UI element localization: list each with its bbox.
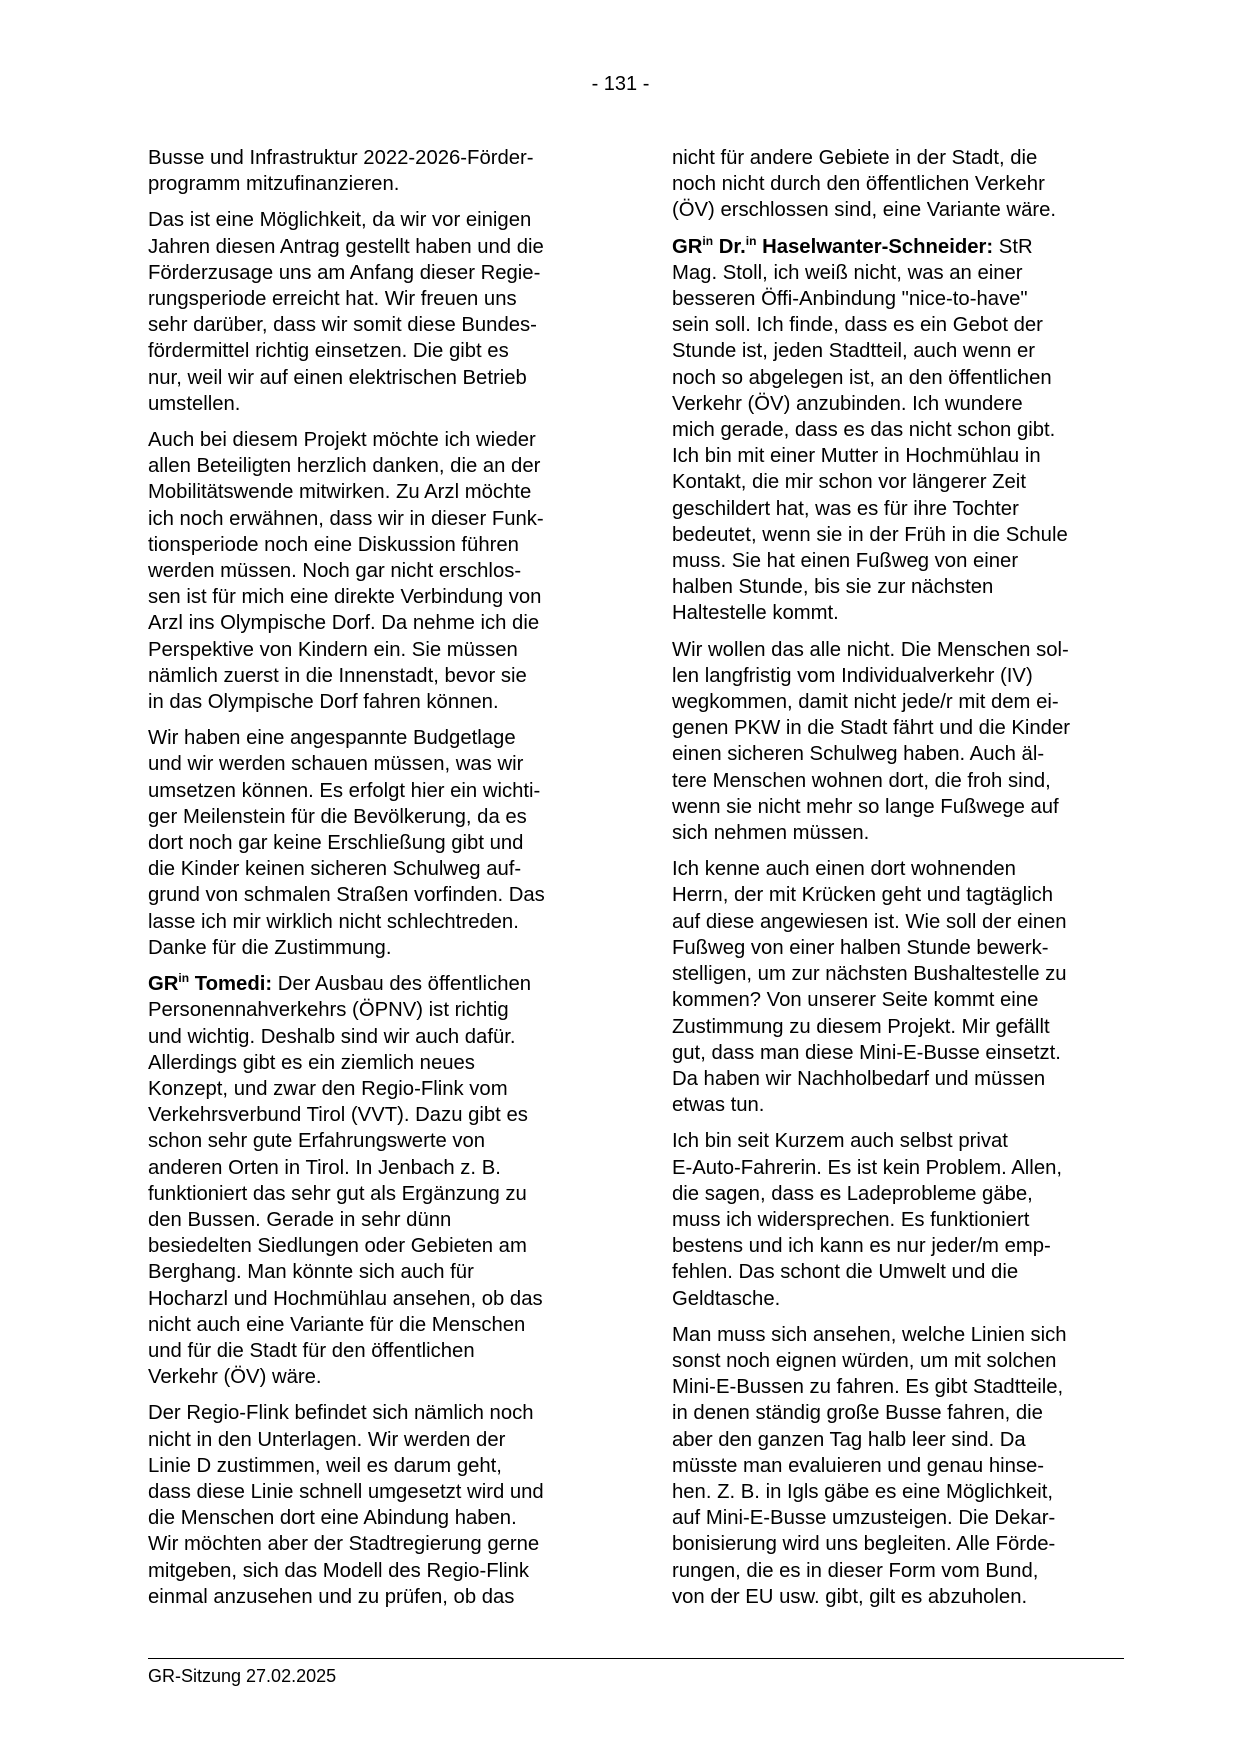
text-line: (ÖV) erschlossen sind, eine Variante wär…: [672, 197, 1134, 223]
speaker-paragraph-haselwanter-schneider: GRin Dr.in Haselwanter-Schneider: StR Ma…: [672, 234, 1134, 627]
text-line: muss ich widersprechen. Es funktioniert: [672, 1207, 1134, 1233]
text-line: Auch bei diesem Projekt möchte ich wiede…: [148, 427, 610, 453]
paragraph: Busse und Infrastruktur 2022-2026-Förder…: [148, 145, 610, 197]
footer-session-date: GR-Sitzung 27.02.2025: [148, 1665, 336, 1687]
paragraph: Wir haben eine angespannte Budgetlageund…: [148, 725, 610, 961]
text-line: programm mitzufinanzieren.: [148, 171, 610, 197]
text-line: müsste man evaluieren und genau hinse-: [672, 1453, 1134, 1479]
text-line: etwas tun.: [672, 1092, 1134, 1118]
text-line: auf Mini-E-Busse umzusteigen. Die Dekar-: [672, 1505, 1134, 1531]
paragraph: Ich bin seit Kurzem auch selbst privatE-…: [672, 1128, 1134, 1311]
text-line: E-Auto-Fahrerin. Es ist kein Problem. Al…: [672, 1155, 1134, 1181]
text-line: mich gerade, dass es das nicht schon gib…: [672, 417, 1134, 443]
text-line: Zustimmung zu diesem Projekt. Mir gefäll…: [672, 1014, 1134, 1040]
text-line: noch so abgelegen ist, an den öffentlich…: [672, 365, 1134, 391]
text-line: hen. Z. B. in Igls gäbe es eine Möglichk…: [672, 1479, 1134, 1505]
text-line: wenn sie nicht mehr so lange Fußwege auf: [672, 794, 1134, 820]
text-line: Man muss sich ansehen, welche Linien sic…: [672, 1322, 1134, 1348]
text-line: grund von schmalen Straßen vorfinden. Da…: [148, 882, 610, 908]
text-line: besseren Öffi-Anbindung "nice-to-have": [672, 286, 1134, 312]
text-line: einmal anzusehen und zu prüfen, ob das: [148, 1584, 610, 1610]
text-line: anderen Orten in Tirol. In Jenbach z. B.: [148, 1155, 610, 1181]
text-line: Verkehr (ÖV) anzubinden. Ich wundere: [672, 391, 1134, 417]
text-line: Jahren diesen Antrag gestellt haben und …: [148, 234, 610, 260]
text-line: Berghang. Man könnte sich auch für: [148, 1259, 610, 1285]
text-line: allen Beteiligten herzlich danken, die a…: [148, 453, 610, 479]
text-line: Mini-E-Bussen zu fahren. Es gibt Stadtte…: [672, 1374, 1134, 1400]
text-line: halben Stunde, bis sie zur nächsten: [672, 574, 1134, 600]
text-line: dass diese Linie schnell umgesetzt wird …: [148, 1479, 610, 1505]
text-line: Allerdings gibt es ein ziemlich neues: [148, 1050, 610, 1076]
text-line: bedeutet, wenn sie in der Früh in die Sc…: [672, 522, 1134, 548]
text-line: Stunde ist, jeden Stadtteil, auch wenn e…: [672, 338, 1134, 364]
text-line: funktioniert das sehr gut als Ergänzung …: [148, 1181, 610, 1207]
text-line: ich noch erwähnen, dass wir in dieser Fu…: [148, 506, 610, 532]
text-line: die Kinder keinen sicheren Schulweg auf-: [148, 856, 610, 882]
text-line: die sagen, dass es Ladeprobleme gäbe,: [672, 1181, 1134, 1207]
text-line: Danke für die Zustimmung.: [148, 935, 610, 961]
text-line: Förderzusage uns am Anfang dieser Regie-: [148, 260, 610, 286]
text-line: stelligen, um zur nächsten Bushaltestell…: [672, 961, 1134, 987]
text-line: Mag. Stoll, ich weiß nicht, was an einer: [672, 260, 1134, 286]
text-line: nicht auch eine Variante für die Mensche…: [148, 1312, 610, 1338]
text-line: und wir werden schauen müssen, was wir: [148, 751, 610, 777]
text-line: Da haben wir Nachholbedarf und müssen: [672, 1066, 1134, 1092]
text-line: besiedelten Siedlungen oder Gebieten am: [148, 1233, 610, 1259]
text-line: lasse ich mir wirklich nicht schlechtred…: [148, 909, 610, 935]
text-line: bestens und ich kann es nur jeder/m emp-: [672, 1233, 1134, 1259]
text-line: Geldtasche.: [672, 1286, 1134, 1312]
text-line: noch nicht durch den öffentlichen Verkeh…: [672, 171, 1134, 197]
paragraph: nicht für andere Gebiete in der Stadt, d…: [672, 145, 1134, 224]
paragraph: Wir wollen das alle nicht. Die Menschen …: [672, 637, 1134, 847]
text-line: die Menschen dort eine Abindung haben.: [148, 1505, 610, 1531]
text-line: Kontakt, die mir schon vor längerer Zeit: [672, 469, 1134, 495]
text-line: Ich bin mit einer Mutter in Hochmühlau i…: [672, 443, 1134, 469]
text-line: Verkehr (ÖV) wäre.: [148, 1364, 610, 1390]
paragraph: Der Regio-Flink befindet sich nämlich no…: [148, 1400, 610, 1610]
text-line: geschildert hat, was es für ihre Tochter: [672, 496, 1134, 522]
text-line: einen sicheren Schulweg haben. Auch äl-: [672, 741, 1134, 767]
text-line: Hocharzl und Hochmühlau ansehen, ob das: [148, 1286, 610, 1312]
text-line: tionsperiode noch eine Diskussion führen: [148, 532, 610, 558]
text-line: kommen? Von unserer Seite kommt eine: [672, 987, 1134, 1013]
text-line: tere Menschen wohnen dort, die froh sind…: [672, 768, 1134, 794]
text-line: werden müssen. Noch gar nicht erschlos-: [148, 558, 610, 584]
text-line: fördermittel richtig einsetzen. Die gibt…: [148, 338, 610, 364]
text-line: Der Regio-Flink befindet sich nämlich no…: [148, 1400, 610, 1426]
text-line: Ich kenne auch einen dort wohnenden: [672, 856, 1134, 882]
text-line: sonst noch eignen würden, um mit solchen: [672, 1348, 1134, 1374]
text-line: nämlich zuerst in die Innenstadt, bevor …: [148, 663, 610, 689]
text-line: Mobilitätswende mitwirken. Zu Arzl möcht…: [148, 479, 610, 505]
paragraph: Man muss sich ansehen, welche Linien sic…: [672, 1322, 1134, 1610]
text-line: sein soll. Ich finde, dass es ein Gebot …: [672, 312, 1134, 338]
right-column: nicht für andere Gebiete in der Stadt, d…: [672, 145, 1134, 1620]
text-line: bonisierung wird uns begleiten. Alle För…: [672, 1531, 1134, 1557]
text-line: sehr darüber, dass wir somit diese Bunde…: [148, 312, 610, 338]
text-line: Personennahverkehrs (ÖPNV) ist richtig: [148, 997, 610, 1023]
text-line: len langfristig vom Individualverkehr (I…: [672, 663, 1134, 689]
text-line: wegkommen, damit nicht jede/r mit dem ei…: [672, 689, 1134, 715]
speaker-name: GRin Dr.in Haselwanter-Schneider:: [672, 236, 993, 258]
text-line: Herrn, der mit Krücken geht und tagtägli…: [672, 882, 1134, 908]
paragraph: Das ist eine Möglichkeit, da wir vor ein…: [148, 207, 610, 417]
text-line: umstellen.: [148, 391, 610, 417]
text-line: Ich bin seit Kurzem auch selbst privat: [672, 1128, 1134, 1154]
text-line: Arzl ins Olympische Dorf. Da nehme ich d…: [148, 610, 610, 636]
text-line: muss. Sie hat einen Fußweg von einer: [672, 548, 1134, 574]
text-line: Busse und Infrastruktur 2022-2026-Förder…: [148, 145, 610, 171]
text-line: Wir haben eine angespannte Budgetlage: [148, 725, 610, 751]
text-line: rungsperiode erreicht hat. Wir freuen un…: [148, 286, 610, 312]
text-line: Das ist eine Möglichkeit, da wir vor ein…: [148, 207, 610, 233]
text-line: ger Meilenstein für die Bevölkerung, da …: [148, 804, 610, 830]
footer-divider: [148, 1658, 1124, 1659]
text-line: dort noch gar keine Erschließung gibt un…: [148, 830, 610, 856]
text-line: Fußweg von einer halben Stunde bewerk-: [672, 935, 1134, 961]
text-line: fehlen. Das schont die Umwelt und die: [672, 1259, 1134, 1285]
text-line: sich nehmen müssen.: [672, 820, 1134, 846]
text-line: und für die Stadt für den öffentlichen: [148, 1338, 610, 1364]
text-line: nur, weil wir auf einen elektrischen Bet…: [148, 365, 610, 391]
text-line: Perspektive von Kindern ein. Sie müssen: [148, 637, 610, 663]
text-line: den Bussen. Gerade in sehr dünn: [148, 1207, 610, 1233]
text-line: in das Olympische Dorf fahren können.: [148, 689, 610, 715]
text-line: Wir wollen das alle nicht. Die Menschen …: [672, 637, 1134, 663]
text-line: Wir möchten aber der Stadtregierung gern…: [148, 1531, 610, 1557]
text-line: in denen ständig große Busse fahren, die: [672, 1400, 1134, 1426]
text-line: Konzept, und zwar den Regio-Flink vom: [148, 1076, 610, 1102]
text-line: und wichtig. Deshalb sind wir auch dafür…: [148, 1024, 610, 1050]
text-line: rungen, die es in dieser Form vom Bund,: [672, 1558, 1134, 1584]
text-line: nicht für andere Gebiete in der Stadt, d…: [672, 145, 1134, 171]
text-line: aber den ganzen Tag halb leer sind. Da: [672, 1427, 1134, 1453]
paragraph: Auch bei diesem Projekt möchte ich wiede…: [148, 427, 610, 715]
text-line: umsetzen können. Es erfolgt hier ein wic…: [148, 778, 610, 804]
speaker-paragraph-tomedi: GRin Tomedi: Der Ausbau des öffentlichen…: [148, 971, 610, 1390]
text-line: Linie D zustimmen, weil es darum geht,: [148, 1453, 610, 1479]
text-line: auf diese angewiesen ist. Wie soll der e…: [672, 909, 1134, 935]
text-line: sen ist für mich eine direkte Verbindung…: [148, 584, 610, 610]
page-number: - 131 -: [0, 72, 1241, 96]
text-line: nicht in den Unterlagen. Wir werden der: [148, 1427, 610, 1453]
left-column: Busse und Infrastruktur 2022-2026-Förder…: [148, 145, 610, 1620]
paragraph: Ich kenne auch einen dort wohnendenHerrn…: [672, 856, 1134, 1118]
text-line: schon sehr gute Erfahrungswerte von: [148, 1128, 610, 1154]
text-line: gut, dass man diese Mini-E-Busse einsetz…: [672, 1040, 1134, 1066]
text-line: mitgeben, sich das Modell des Regio-Flin…: [148, 1558, 610, 1584]
text-line: von der EU usw. gibt, gilt es abzuholen.: [672, 1584, 1134, 1610]
text-line: Verkehrsverbund Tirol (VVT). Dazu gibt e…: [148, 1102, 610, 1128]
text-line: Haltestelle kommt.: [672, 600, 1134, 626]
speaker-name: GRin Tomedi:: [148, 973, 272, 995]
text-line: genen PKW in die Stadt fährt und die Kin…: [672, 715, 1134, 741]
